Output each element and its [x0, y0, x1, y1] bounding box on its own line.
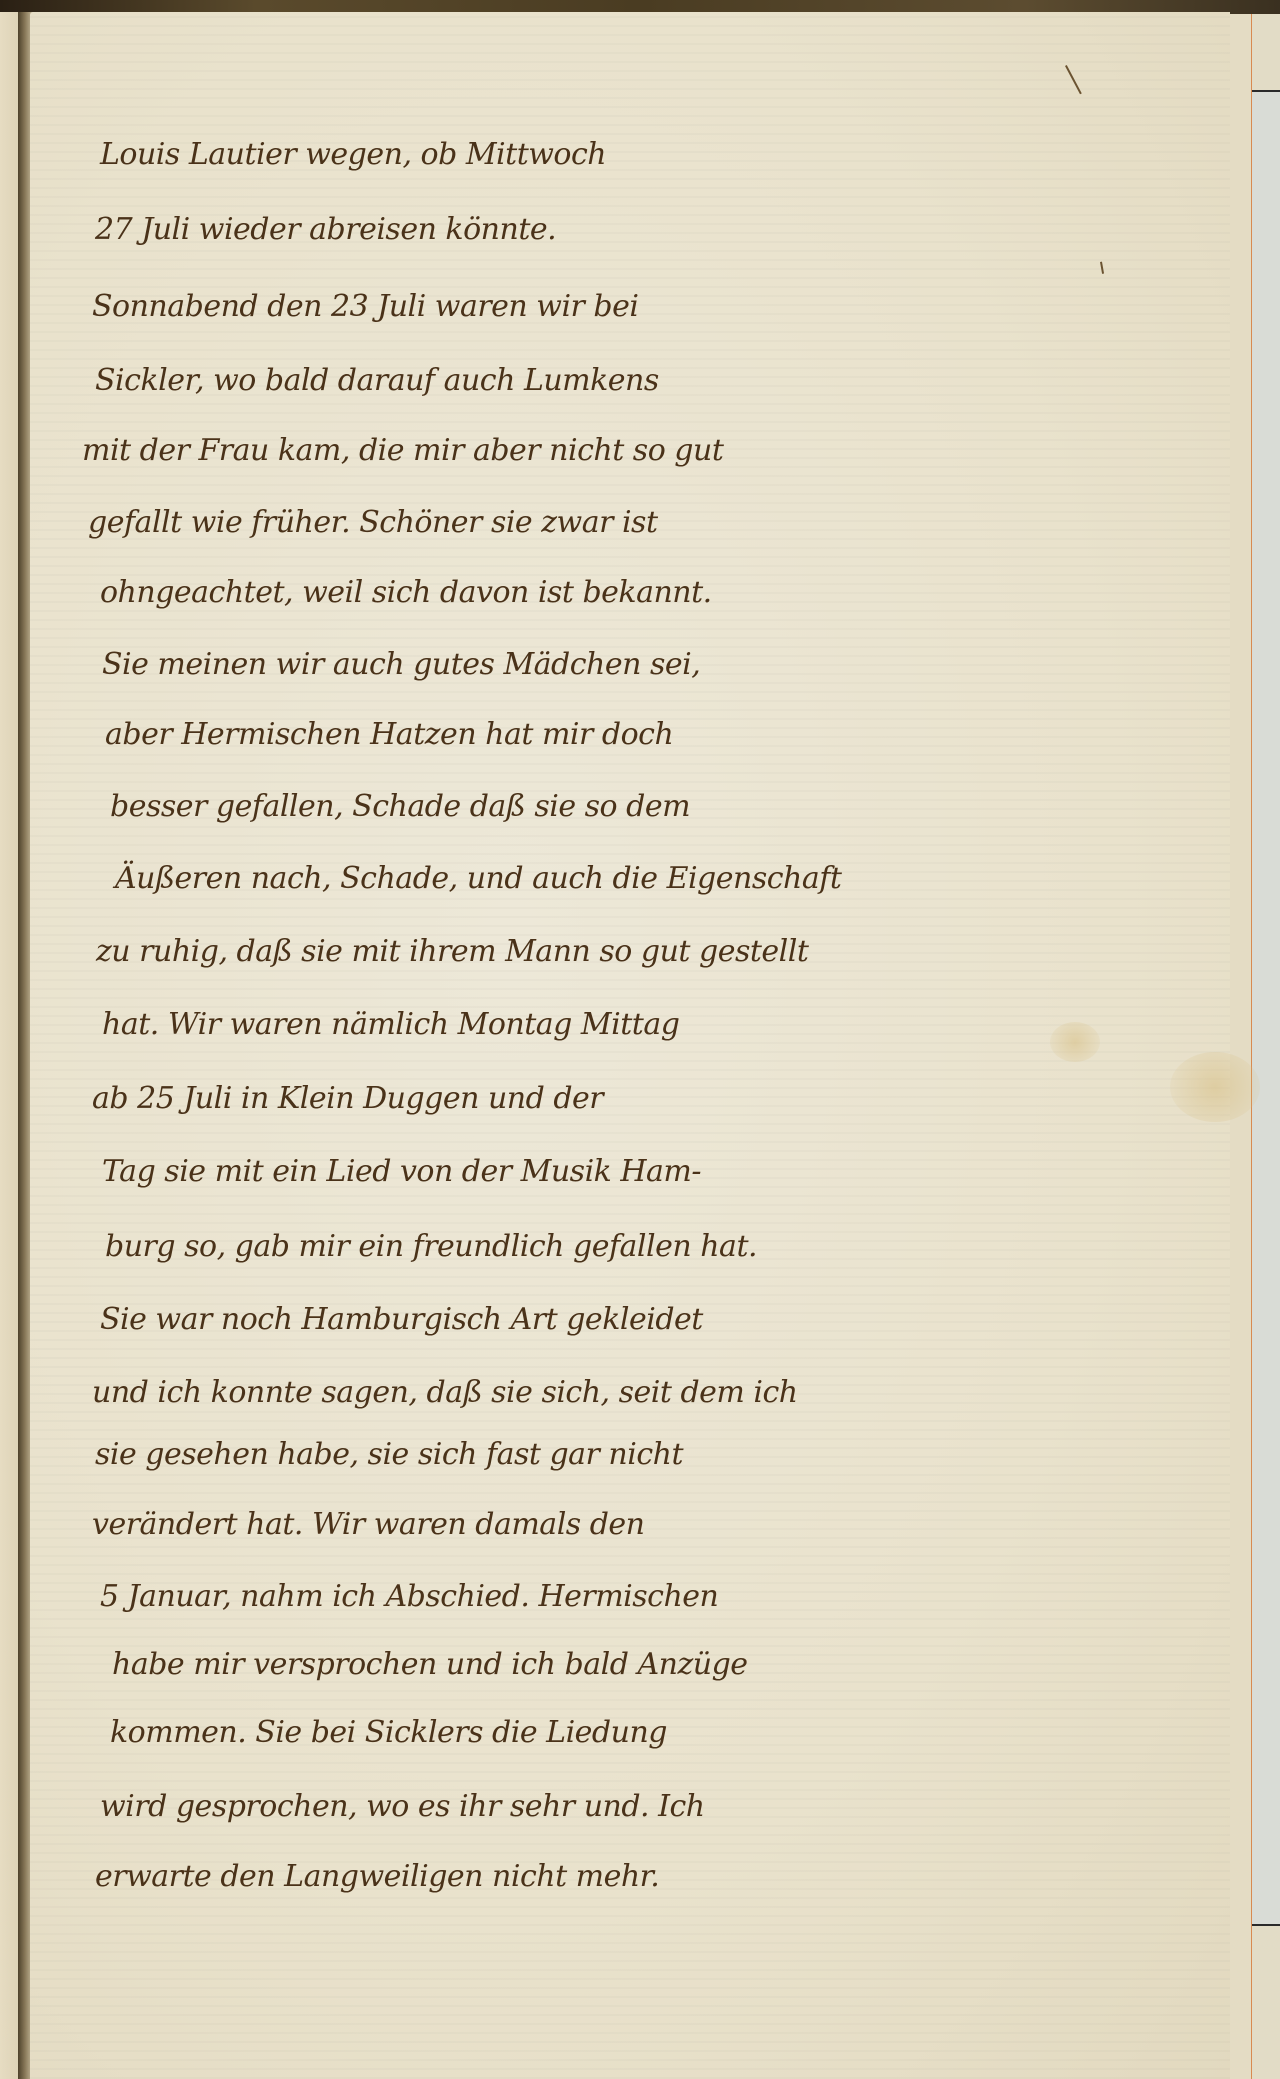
- manuscript-line: Sie meinen wir auch gutes Mädchen sei,: [102, 650, 700, 680]
- manuscript-line: Louis Lautier wegen, ob Mittwoch: [100, 140, 606, 170]
- manuscript-line: ab 25 Juli in Klein Duggen und der: [92, 1084, 603, 1114]
- manuscript-line: zu ruhig, daß sie mit ihrem Mann so gut …: [96, 937, 808, 967]
- manuscript-line: sie gesehen habe, sie sich fast gar nich…: [95, 1440, 683, 1470]
- manuscript-line: burg so, gab mir ein freundlich gefallen…: [105, 1232, 757, 1262]
- manuscript-line: besser gefallen, Schade daß sie so dem: [110, 792, 690, 822]
- manuscript-line: kommen. Sie bei Sicklers die Liedung: [110, 1718, 667, 1748]
- manuscript-line: Sonnabend den 23 Juli waren wir bei: [92, 292, 638, 322]
- manuscript-line: und ich konnte sagen, daß sie sich, seit…: [92, 1378, 798, 1408]
- manuscript-line: habe mir versprochen und ich bald Anzüge: [112, 1650, 748, 1680]
- manuscript-line: wird gesprochen, wo es ihr sehr und. Ich: [100, 1792, 705, 1822]
- manuscript-line: 27 Juli wieder abreisen könnte.: [95, 215, 556, 245]
- manuscript-line: aber Hermischen Hatzen hat mir doch: [105, 720, 673, 750]
- manuscript-line: erwarte den Langweiligen nicht mehr.: [95, 1862, 659, 1892]
- manuscript-line: Sie war noch Hamburgisch Art gekleidet: [100, 1305, 703, 1335]
- manuscript-line: gefallt wie früher. Schöner sie zwar ist: [88, 508, 658, 538]
- manuscript-line: Tag sie mit ein Lied von der Musik Ham-: [102, 1157, 701, 1187]
- manuscript-line: ohngeachtet, weil sich davon ist bekannt…: [100, 578, 712, 608]
- manuscript-line: hat. Wir waren nämlich Montag Mittag: [102, 1010, 679, 1040]
- manuscript-line: Sickler, wo bald darauf auch Lumkens: [95, 366, 659, 396]
- manuscript-line: Äußeren nach, Schade, und auch die Eigen…: [115, 864, 841, 894]
- manuscript-line: verändert hat. Wir waren damals den: [92, 1510, 645, 1540]
- manuscript-line: 5 Januar, nahm ich Abschied. Hermischen: [100, 1582, 718, 1612]
- manuscript-line: mit der Frau kam, die mir aber nicht so …: [82, 436, 723, 466]
- handwritten-text: Louis Lautier wegen, ob Mittwoch27 Juli …: [0, 0, 1280, 2079]
